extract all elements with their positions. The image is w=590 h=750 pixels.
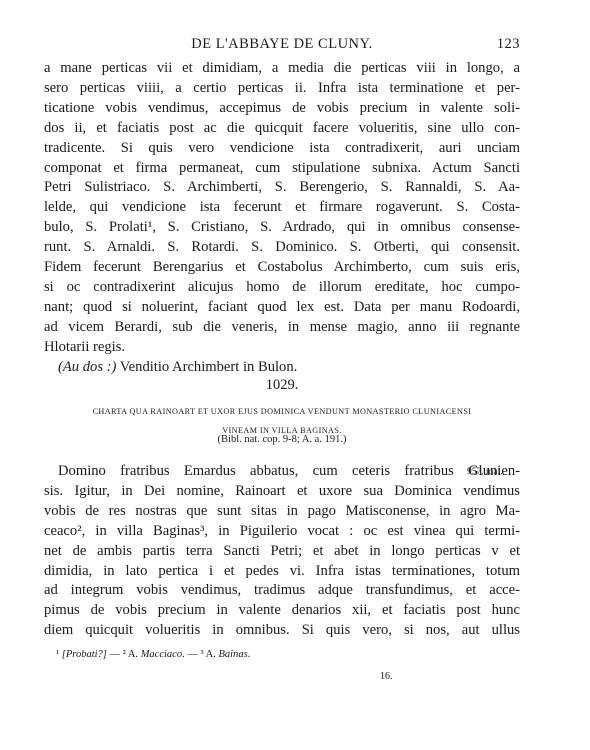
document-page: DE L'ABBAYE DE CLUNY. 123 a mane pertica… (0, 0, 590, 750)
previous-charter-text: a mane perticas vii et dimidiam, a media… (44, 59, 520, 378)
footnote-3: Bainas (219, 649, 248, 660)
endorsement: (Au dos :) Venditio Archimbert in Bulon. (44, 358, 520, 378)
endorsement-text: Venditio Archimbert in Bulon. (116, 359, 297, 375)
text-line: si oc contradixerint alicujus homo de il… (44, 278, 520, 298)
footnote-end: . (248, 649, 251, 660)
page-number: 123 (497, 36, 520, 53)
text-line: sero perticas viiii, a certio perticas i… (44, 79, 520, 99)
footnote-separator: — ² A. (107, 649, 141, 660)
footnote-1: [Probati?] (62, 649, 107, 660)
charter-number: 1029. (44, 377, 520, 394)
text-line: ad integrum vobis vendimus, tradimus adq… (44, 581, 520, 601)
text-line: dos ii, et faciatis post ac die quicquit… (44, 119, 520, 139)
text-line: lelde, qui vendicione ista fecerunt et f… (44, 198, 520, 218)
text-line: ceaco², in villa Baginas³, in Piguilerio… (44, 522, 520, 542)
charter-source: (Bibl. nat. cop. 9-8; A. a. 191.) (44, 434, 520, 445)
text-line: tradicente. Si quis vero vendicione ista… (44, 139, 520, 159)
footnote-separator: . — ³ A. (182, 649, 218, 660)
endorsement-label: (Au dos :) (58, 359, 116, 375)
charter-text: Domino fratribus Emardus abbatus, cum ce… (44, 462, 520, 641)
text-line: runt. S. Arnaldi. S. Rotardi. S. Dominic… (44, 238, 520, 258)
text-line: bulo, S. Prolati¹, S. Cristiano, S. Ardr… (44, 218, 520, 238)
signature-mark: 16. (380, 671, 393, 682)
running-title: DE L'ABBAYE DE CLUNY. (44, 36, 520, 53)
text-line: componat et firma permaneat, cum stipula… (44, 159, 520, 179)
text-line: dimidia, in lato pertica i et pedes vi. … (44, 562, 520, 582)
text-line: net de ambis partis terra Sancti Petri; … (44, 542, 520, 562)
footnote-2: Macciaco (141, 649, 182, 660)
text-line: Petri Sulistriaco. S. Archimberti, S. Be… (44, 178, 520, 198)
text-line: nant; quod si noluerint, faciant quod le… (44, 298, 520, 318)
text-line: a mane perticas vii et dimidiam, a media… (44, 59, 520, 79)
text-line: vobis de res nostras que sunt sitas in p… (44, 502, 520, 522)
text-line: ad vicem Berardi, sub die veneris, in me… (44, 318, 520, 338)
footnotes: ¹ [Probati?] — ² A. Macciaco. — ³ A. Bai… (56, 649, 250, 660)
text-line: pimus de vobis precium in valente denari… (44, 601, 520, 621)
text-line: sis. Igitur, in Dei nomine, Rainoart et … (44, 482, 520, 502)
text-line: diem quicquit volueritis in omnibus. Si … (44, 621, 520, 641)
running-head: DE L'ABBAYE DE CLUNY. 123 (44, 36, 520, 56)
text-line: Fidem fecerunt Berengarius et Costabolus… (44, 258, 520, 278)
text-line: Domino fratribus Emardus abbatus, cum ce… (44, 462, 520, 482)
charter-title-line: CHARTA QUA RAINOART ET UXOR EJUS DOMINIC… (30, 402, 534, 421)
text-line: ticatione vobis vendimus, accepimus de v… (44, 99, 520, 119)
text-line: Hlotarii regis. (44, 338, 520, 358)
